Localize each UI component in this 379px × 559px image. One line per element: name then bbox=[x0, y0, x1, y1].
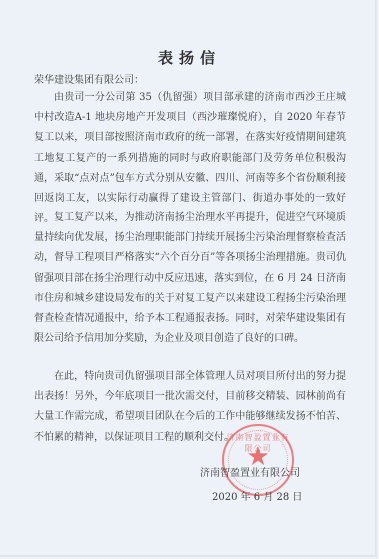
signature-date: 2020 年 6 月 28 日 bbox=[212, 488, 302, 503]
letter-title: 表扬信 bbox=[0, 47, 379, 68]
salutation: 荣华建设集团有限公司： bbox=[34, 71, 144, 86]
letter-page: 表扬信 荣华建设集团有限公司： 由贵司一分公司第 35（仇留强）项目部承建的济南… bbox=[0, 0, 377, 557]
signature-company: 济南智盈置业有限公司 bbox=[200, 464, 300, 479]
company-seal-stamp: 济南智盈置业有限公司 ★ bbox=[222, 424, 294, 496]
paragraph-3: 在此，特向贵司仇留强项目部全体管理人员对项目所付出的努力提出表扬！另外，今年底项… bbox=[34, 367, 346, 448]
paragraph-2: 复工复产以来，为推动济南扬尘治理水平再提升，促进空气环境质量持续向优发展，扬尘治… bbox=[34, 208, 346, 349]
